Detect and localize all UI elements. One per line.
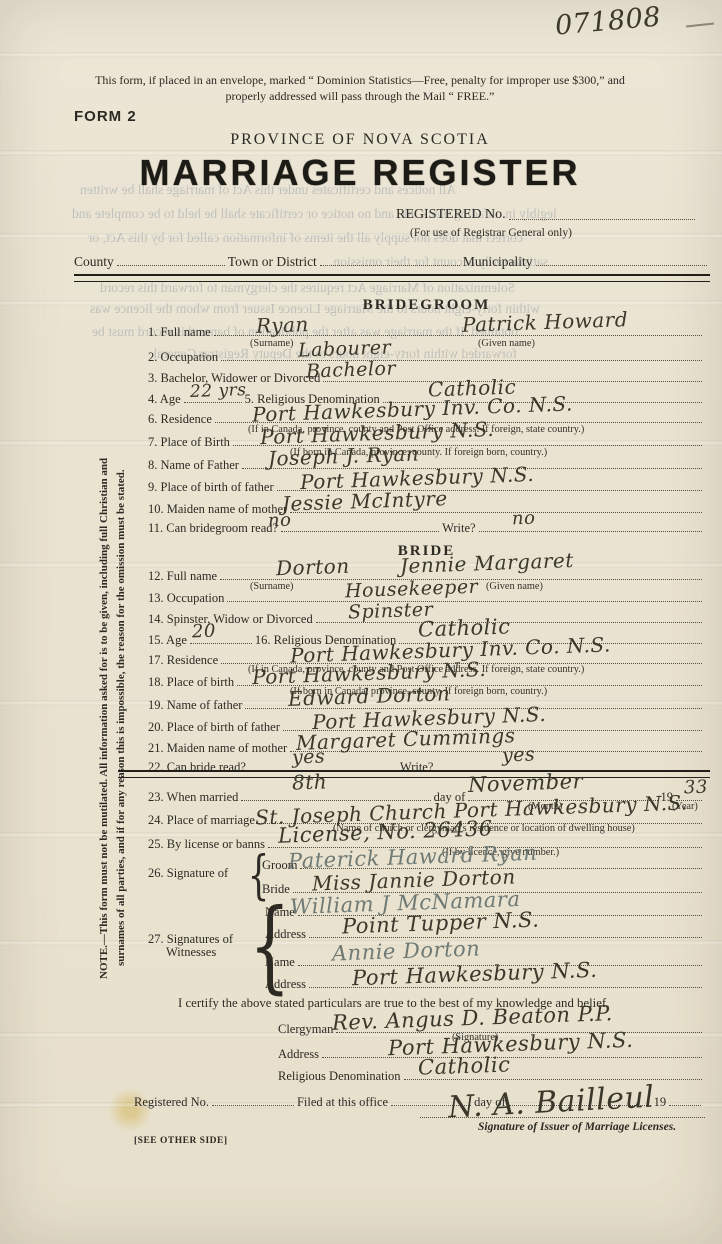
groom-father-entry: Joseph J. Ryan — [268, 443, 420, 468]
fill-line — [536, 265, 707, 266]
pencil-mark — [686, 23, 714, 28]
field-label: 6. Residence — [148, 413, 212, 427]
fill-line — [212, 1105, 294, 1106]
bride-father-entry: Edward Dorton — [288, 683, 451, 709]
fill-line — [320, 265, 460, 266]
address-label: Address — [265, 928, 306, 942]
clergyman-denomination-entry: Catholic — [418, 1054, 511, 1078]
field-label: 8. Name of Father — [148, 459, 239, 473]
field-label: 9. Place of birth of father — [148, 481, 274, 495]
county-row: County Town or District Municipality — [74, 252, 710, 269]
field-label: 2. Occupation — [148, 351, 218, 365]
field-label: 19. Name of father — [148, 699, 242, 713]
document-number: 071808 — [554, 3, 662, 39]
name-label: Name — [265, 956, 295, 970]
fill-line — [281, 531, 439, 532]
field-label: 13. Occupation — [148, 592, 224, 606]
field-label: 4. Age — [148, 393, 181, 407]
denomination-label: Religious Denomination — [278, 1070, 401, 1084]
paper-crease — [0, 52, 722, 58]
groom-mother-entry: Jessie McIntyre — [282, 488, 448, 514]
field-label: 1. Full name — [148, 326, 211, 340]
registered-no-row: REGISTERED No. — [396, 206, 698, 223]
address-label: Address — [265, 978, 306, 992]
field-label: 24. Place of marriage — [148, 814, 255, 828]
mail-notice-line2: properly addressed will pass through the… — [60, 89, 660, 104]
address-label: Address — [278, 1048, 319, 1062]
fill-line — [509, 219, 695, 220]
fill-line — [117, 265, 225, 266]
mail-notice-line1: This form, if placed in an envelope, mar… — [60, 73, 660, 88]
field-row-occupation: 2. Occupation — [148, 347, 705, 364]
see-other-side-note: [SEE OTHER SIDE] — [134, 1136, 228, 1146]
clergyman-label: Clergyman — [278, 1023, 333, 1037]
year-prefix: 19 — [654, 1096, 667, 1110]
field-row-literacy: 11. Can bridegroom read? Write? — [148, 518, 705, 535]
municipality-label: Municipality — [463, 255, 533, 270]
groom-status-entry: Bachelor — [306, 359, 397, 381]
groom-can-write-entry: no — [512, 510, 536, 529]
province-heading: PROVINCE OF NOVA SCOTIA — [60, 131, 660, 149]
field-label: 15. Age — [148, 634, 187, 648]
marriage-register-document: All notices and certificates under this … — [0, 0, 722, 1244]
fill-line — [404, 1079, 702, 1080]
field-label: 12. Full name — [148, 570, 217, 584]
field-label: 23. When married — [148, 791, 238, 805]
field-label: 20. Place of birth of father — [148, 721, 280, 735]
registrar-note: (For use of Registrar General only) — [410, 227, 572, 239]
fill-line — [669, 1105, 701, 1106]
section-divider — [118, 770, 710, 778]
section-divider — [74, 274, 710, 282]
registered-no-label: Registered No. — [134, 1096, 209, 1110]
registered-no-label: REGISTERED No. — [396, 208, 506, 223]
bride-can-write-entry: yes — [502, 745, 536, 765]
month-entry: November — [468, 771, 584, 796]
bride-can-read-entry: yes — [292, 747, 326, 767]
bride-age-entry: 20 — [192, 623, 217, 642]
groom-surname-entry: Ryan — [256, 314, 309, 336]
field-label: 7. Place of Birth — [148, 436, 230, 450]
form-label: FORM 2 — [74, 108, 137, 125]
field-label: 10. Maiden name of mother — [148, 503, 287, 517]
fill-line — [184, 402, 242, 403]
side-note: NOTE.—This form must not be mutilated. A… — [96, 438, 136, 998]
witness2-name-entry: Annie Dorton — [332, 938, 481, 964]
day-entry: 8th — [292, 771, 328, 792]
bleedthrough-text: Solemnization of Marriage Act requires t… — [100, 281, 515, 295]
field-label: 18. Place of birth — [148, 676, 234, 690]
groom-given-entry: Patrick Howard — [462, 309, 629, 335]
field-label: 14. Spinster, Widow or Divorced — [148, 613, 313, 627]
fill-line — [190, 643, 252, 644]
county-label: County — [74, 255, 114, 270]
bride-occupation-entry: Housekeeper — [345, 578, 479, 602]
issuer-caption: Signature of Issuer of Marriage Licenses… — [478, 1121, 676, 1133]
fill-line — [227, 601, 702, 602]
witnesses-label-line2: Witnesses — [166, 945, 216, 960]
bride-given-entry: Jennie Margaret — [400, 550, 574, 576]
groom-age-entry: 22 yrs — [190, 382, 247, 401]
fill-line — [322, 1057, 702, 1058]
filed-label: Filed at this office — [297, 1096, 388, 1110]
fill-line — [479, 531, 702, 532]
field-label: 11. Can bridegroom read? — [148, 522, 278, 536]
field-label: 21. Maiden name of mother — [148, 742, 287, 756]
fill-line — [221, 360, 702, 361]
field-label: 17. Residence — [148, 654, 218, 668]
write-label: Write? — [442, 522, 476, 536]
signature-of-label: 26. Signature of — [148, 866, 228, 881]
page-title: MARRIAGE REGISTER — [40, 152, 680, 194]
bride-surname-entry: Dorton — [276, 556, 350, 579]
groom-can-read-entry: no — [268, 512, 292, 531]
town-label: Town or District — [228, 255, 317, 270]
